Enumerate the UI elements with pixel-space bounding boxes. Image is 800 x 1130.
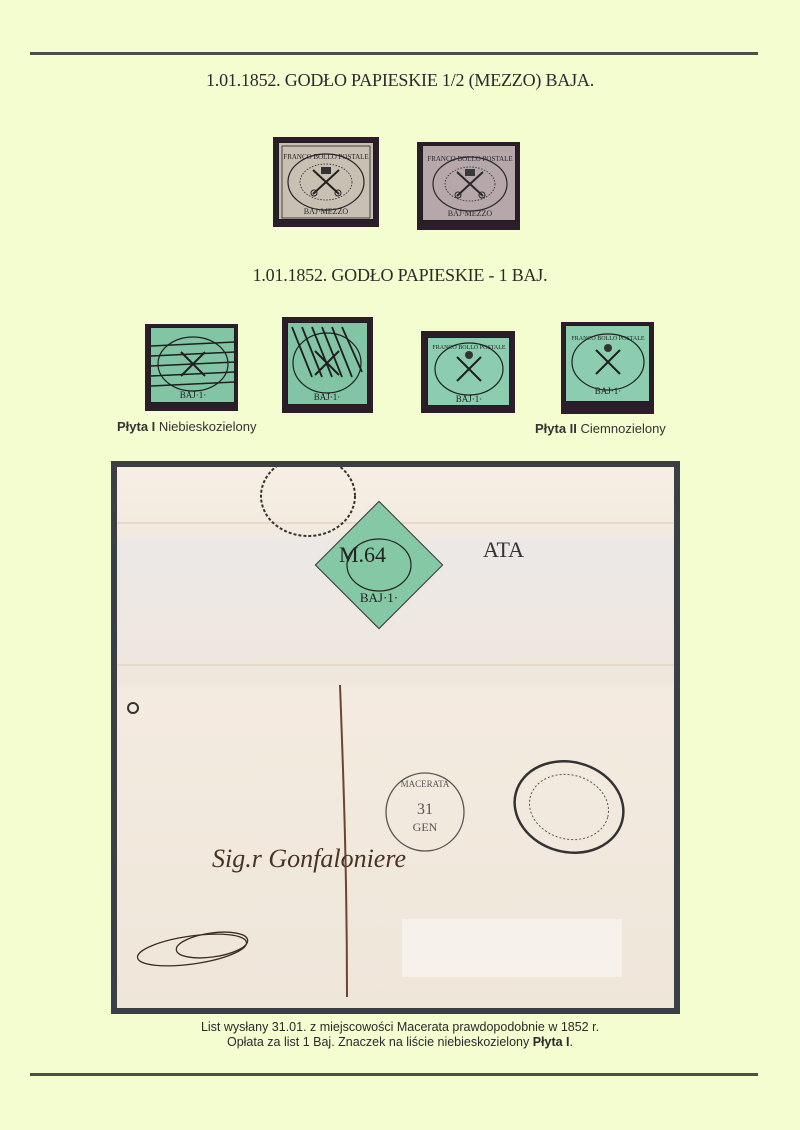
postal-cover[interactable]: BAJ·1· M.64 ATA MACERATA 31 GEN Sig.r Go…: [117, 467, 674, 1008]
svg-text:BAJ·1·: BAJ·1·: [180, 390, 207, 400]
papal-keys-emblem-icon: FRANCO BOLLO POSTALE BAJ·1·: [421, 331, 515, 413]
caption-line-2-bold: Płyta I: [533, 1035, 570, 1049]
oval-postmark-top-icon: [261, 467, 355, 536]
caption-line-2: Opłata za list 1 Baj. Znaczek na liście …: [0, 1035, 800, 1050]
plate-1-label: Płyta I Niebieskozielony: [117, 419, 256, 434]
stamp-1-baj-4[interactable]: FRANCO BOLLO POSTALE BAJ·1·: [561, 322, 654, 414]
top-rule: [30, 52, 758, 55]
section-title-1-baj: 1.01.1852. GODŁO PAPIESKIE - 1 BAJ.: [0, 265, 800, 286]
stamp-1-baj-2[interactable]: BAJ·1·: [282, 317, 373, 413]
postal-cover-frame: BAJ·1· M.64 ATA MACERATA 31 GEN Sig.r Go…: [111, 461, 680, 1014]
papal-keys-emblem-icon: FRANCO BOLLO POSTALE BAJ·MEZZO: [417, 142, 520, 230]
papal-keys-emblem-icon: FRANCO BOLLO POSTALE BAJ·MEZZO: [273, 137, 379, 227]
svg-text:BAJ·1·: BAJ·1·: [595, 386, 622, 396]
svg-text:BAJ·1·: BAJ·1·: [456, 394, 483, 404]
svg-text:31: 31: [417, 801, 433, 818]
svg-text:FRANCO BOLLO POSTALE: FRANCO BOLLO POSTALE: [283, 153, 368, 161]
papal-keys-emblem-icon: FRANCO BOLLO POSTALE BAJ·1·: [561, 322, 654, 414]
caption-line-2-text: Opłata za list 1 Baj. Znaczek na liście …: [227, 1035, 533, 1049]
papal-keys-emblem-icon: BAJ·1·: [145, 324, 238, 411]
svg-text:FRANCO BOLLO POSTALE: FRANCO BOLLO POSTALE: [427, 155, 512, 163]
svg-text:FRANCO BOLLO POSTALE: FRANCO BOLLO POSTALE: [571, 336, 645, 342]
plate-2-label-bold: Płyta II: [535, 421, 577, 436]
bottom-rule: [30, 1073, 758, 1076]
stamp-mezzo-1[interactable]: FRANCO BOLLO POSTALE BAJ·MEZZO: [273, 137, 379, 227]
plate-1-label-text: Niebieskozielony: [155, 419, 256, 434]
stamp-1-baj-1[interactable]: BAJ·1·: [145, 324, 238, 411]
cover-caption: List wysłany 31.01. z miejscowości Macer…: [0, 1020, 800, 1050]
stamp-1-baj-3[interactable]: FRANCO BOLLO POSTALE BAJ·1·: [421, 331, 515, 413]
plate-2-label: Płyta II Ciemnozielony: [535, 421, 666, 436]
plate-2-label-text: Ciemnozielony: [577, 421, 666, 436]
cover-postmark-m64: M.64: [339, 542, 386, 567]
svg-text:FRANCO BOLLO POSTALE: FRANCO BOLLO POSTALE: [432, 345, 506, 351]
svg-text:BAJ·MEZZO: BAJ·MEZZO: [304, 207, 349, 216]
plate-1-label-bold: Płyta I: [117, 419, 155, 434]
section-title-mezzo: 1.01.1852. GODŁO PAPIESKIE 1/2 (MEZZO) B…: [0, 70, 800, 91]
svg-text:MACERATA: MACERATA: [401, 779, 450, 789]
caption-line-1: List wysłany 31.01. z miejscowości Macer…: [0, 1020, 800, 1035]
papal-keys-emblem-icon: BAJ·1·: [282, 317, 373, 413]
cover-address: Sig.r Gonfaloniere: [212, 844, 406, 873]
caption-line-2-suffix: .: [570, 1035, 573, 1049]
svg-text:BAJ·1·: BAJ·1·: [314, 392, 341, 402]
svg-text:BAJ·MEZZO: BAJ·MEZZO: [448, 209, 493, 218]
cover-stamp-value: BAJ·1·: [360, 590, 398, 605]
stamp-mezzo-2[interactable]: FRANCO BOLLO POSTALE BAJ·MEZZO: [417, 142, 520, 230]
oval-official-handstamp-icon: [504, 749, 634, 864]
svg-text:GEN: GEN: [413, 820, 438, 834]
cover-town-cancel: ATA: [483, 537, 524, 562]
